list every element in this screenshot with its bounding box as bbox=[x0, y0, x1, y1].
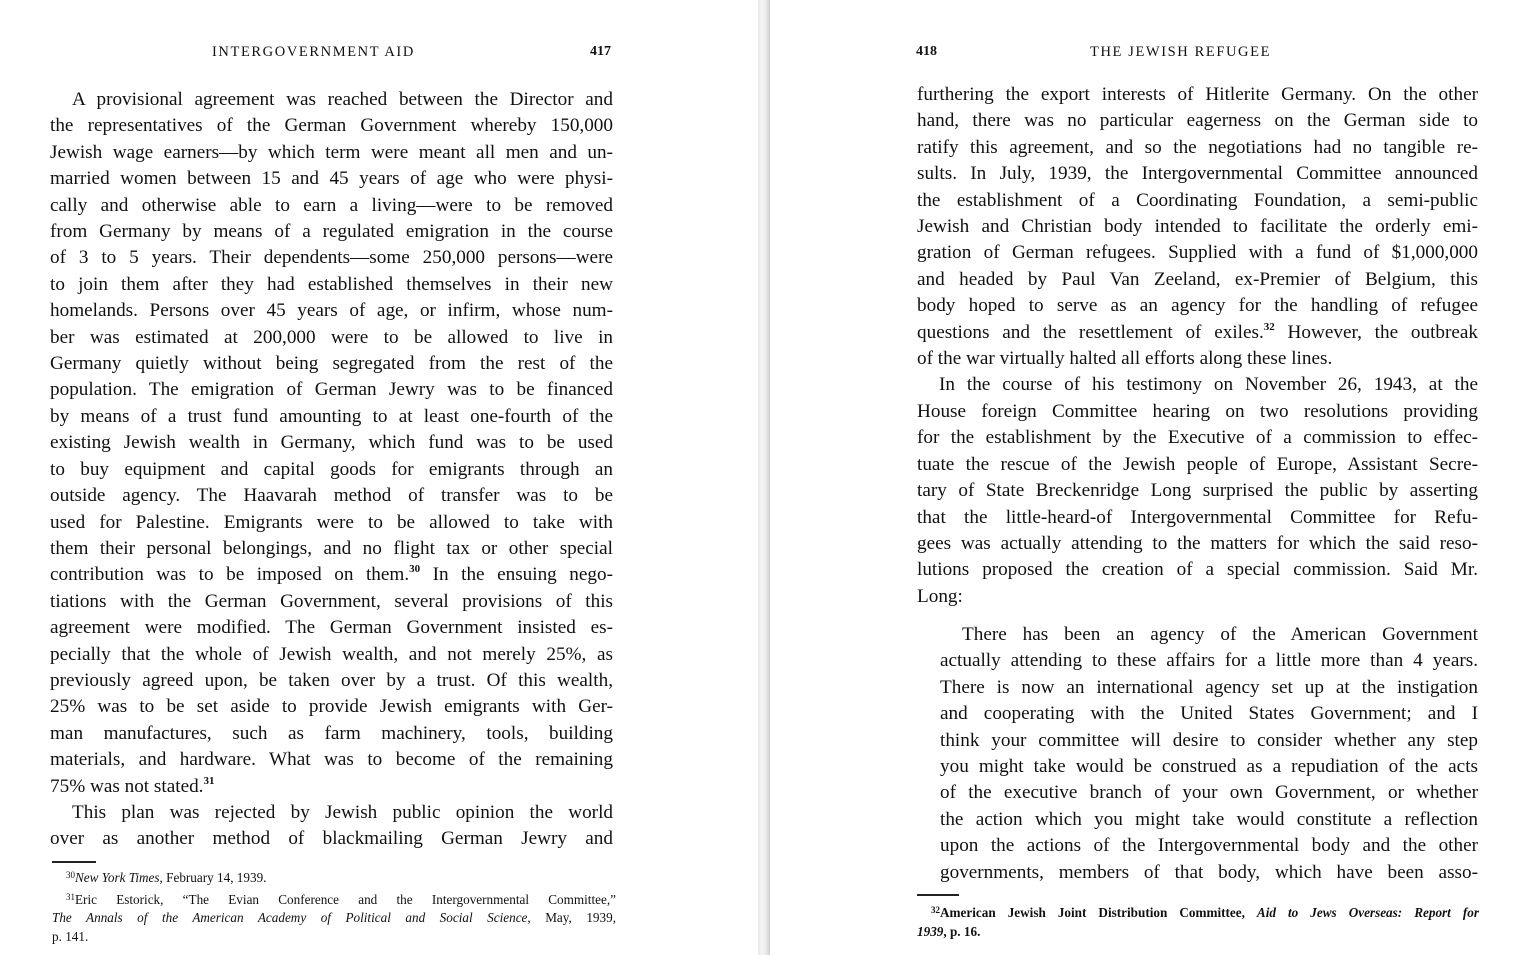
text-line: Jewish and Christian body intended to fa… bbox=[917, 214, 1478, 240]
running-head-title: INTERGOVERNMENT AID bbox=[212, 44, 415, 61]
text-line: used for Palestine. Emigrants were to be… bbox=[50, 510, 613, 536]
text-line: lutions proposed the creation of a speci… bbox=[917, 557, 1478, 583]
quote-line: There is now an international agency set… bbox=[940, 675, 1478, 701]
running-head-left: INTERGOVERNMENT AID 417 bbox=[0, 44, 758, 64]
text-line: ratify this agreement, and so the negoti… bbox=[917, 135, 1478, 161]
text-line: that the little-heard-of Intergovernment… bbox=[917, 505, 1478, 531]
quote-line: of the executive branch of your own Gove… bbox=[940, 780, 1478, 806]
footnote-number: 31 bbox=[66, 892, 75, 902]
text-line: Long: bbox=[917, 584, 1478, 610]
footnote-30: 30New York Times, February 14, 1939. bbox=[52, 866, 616, 888]
text-line: previously agreed upon, be taken over by… bbox=[50, 668, 613, 694]
footnote-rule bbox=[52, 861, 96, 863]
body-text-right: furthering the export interests of Hitle… bbox=[917, 82, 1478, 610]
footnotes-right: 32American Jewish Joint Distribution Com… bbox=[917, 901, 1479, 941]
footnote-text: , p. 16. bbox=[943, 924, 980, 939]
quote-line: think your committee will desire to cons… bbox=[940, 728, 1478, 754]
text-line-with-ref: questions and the resettlement of exiles… bbox=[917, 320, 1478, 346]
text-line: the establishment of a Coordinating Foun… bbox=[917, 188, 1478, 214]
text-line: In the course of his testimony on Novemb… bbox=[917, 372, 1478, 398]
footnote-text: Eric Estorick, “The Evian Conference and… bbox=[75, 892, 616, 907]
footnote-31-cont: The Annals of the American Academy of Po… bbox=[52, 909, 616, 928]
footnote-number: 32 bbox=[931, 905, 940, 915]
footnote-31-page: p. 141. bbox=[52, 928, 616, 947]
quote-line: the action which you might take would co… bbox=[940, 807, 1478, 833]
footnote-text: American Jewish Joint Distribution Commi… bbox=[940, 905, 1257, 920]
text-line: the representatives of the German Govern… bbox=[50, 113, 613, 139]
text-line: Jewish wage earners—by which term were m… bbox=[50, 140, 613, 166]
footnote-number: 30 bbox=[66, 870, 75, 880]
text-line: materials, and hardware. What was to bec… bbox=[50, 747, 613, 773]
page-417: INTERGOVERNMENT AID 417 A provisional ag… bbox=[0, 0, 758, 955]
footnote-32-cont: 1939, p. 16. bbox=[917, 923, 1479, 942]
footnote-text: , May, 1939, bbox=[527, 910, 616, 925]
text-line: for the establishment by the Executive o… bbox=[917, 425, 1478, 451]
text-line: furthering the export interests of Hitle… bbox=[917, 82, 1478, 108]
text-line: homelands. Persons over 45 years of age,… bbox=[50, 298, 613, 324]
running-head-right: 418 THE JEWISH REFUGEE bbox=[770, 44, 1518, 64]
footnote-ref-30[interactable]: 30 bbox=[409, 563, 420, 575]
text-line: outside agency. The Haavarah method of t… bbox=[50, 483, 613, 509]
footnote-ref-32[interactable]: 32 bbox=[1264, 321, 1275, 333]
text-fragment: However, the outbreak bbox=[1275, 322, 1478, 343]
text-line: and headed by Paul Van Zeeland, ex-Premi… bbox=[917, 267, 1478, 293]
text-line: hand, there was no particular eagerness … bbox=[917, 108, 1478, 134]
text-fragment: contribution was to be imposed on them. bbox=[50, 564, 409, 585]
footnote-source: 1939 bbox=[917, 924, 943, 939]
footnote-ref-31[interactable]: 31 bbox=[203, 775, 214, 787]
text-fragment: In the ensuing nego- bbox=[420, 564, 613, 585]
text-line: tary of State Breckenridge Long surprise… bbox=[917, 478, 1478, 504]
text-line: gees was actually attending to the matte… bbox=[917, 531, 1478, 557]
text-line: over as another method of blackmailing G… bbox=[50, 826, 613, 852]
text-line: pecially that the whole of Jewish wealth… bbox=[50, 642, 613, 668]
footnote-rule bbox=[917, 894, 959, 896]
running-head-title: THE JEWISH REFUGEE bbox=[1090, 44, 1271, 61]
text-line: population. The emigration of German Jew… bbox=[50, 377, 613, 403]
text-line: tiations with the German Government, sev… bbox=[50, 589, 613, 615]
quote-line: There has been an agency of the American… bbox=[940, 622, 1478, 648]
quote-line: and cooperating with the United States G… bbox=[940, 701, 1478, 727]
text-line: This plan was rejected by Jewish public … bbox=[50, 800, 613, 826]
text-line: gration of German refugees. Supplied wit… bbox=[917, 240, 1478, 266]
text-line: to buy equipment and capital goods for e… bbox=[50, 457, 613, 483]
page-418: 418 THE JEWISH REFUGEE furthering the ex… bbox=[770, 0, 1518, 955]
footnotes-left: 30New York Times, February 14, 1939. 31E… bbox=[52, 866, 616, 946]
quote-line: you might take would be construed as a r… bbox=[940, 754, 1478, 780]
text-line: by means of a trust fund amounting to at… bbox=[50, 404, 613, 430]
book-gutter bbox=[758, 0, 770, 955]
text-line: to join them after they had established … bbox=[50, 272, 613, 298]
page-number: 418 bbox=[916, 44, 937, 60]
text-line: married women between 15 and 45 years of… bbox=[50, 166, 613, 192]
text-line: ber was estimated at 200,000 were to be … bbox=[50, 325, 613, 351]
footnote-32: 32American Jewish Joint Distribution Com… bbox=[917, 901, 1479, 923]
text-fragment: questions and the resettlement of exiles… bbox=[917, 322, 1264, 343]
book-spread: INTERGOVERNMENT AID 417 A provisional ag… bbox=[0, 0, 1518, 955]
text-line: man manufactures, such as farm machinery… bbox=[50, 721, 613, 747]
text-line: A provisional agreement was reached betw… bbox=[50, 87, 613, 113]
text-line: sults. In July, 1939, the Intergovernmen… bbox=[917, 161, 1478, 187]
text-line: Germany quietly without being segregated… bbox=[50, 351, 613, 377]
text-line: of the war virtually halted all efforts … bbox=[917, 346, 1478, 372]
quote-line: governments, members of that body, which… bbox=[940, 860, 1478, 886]
text-line: tuate the rescue of the Jewish people of… bbox=[917, 452, 1478, 478]
text-line: them their personal belongings, and no f… bbox=[50, 536, 613, 562]
block-quote: There has been an agency of the American… bbox=[940, 622, 1478, 886]
text-line-with-ref: contribution was to be imposed on them.3… bbox=[50, 562, 613, 588]
quote-line: actually attending to these affairs for … bbox=[940, 648, 1478, 674]
text-fragment: 75% was not stated. bbox=[50, 776, 203, 797]
text-line-with-ref: 75% was not stated.31 bbox=[50, 774, 613, 800]
quote-line: upon the actions of the Intergovernmenta… bbox=[940, 833, 1478, 859]
footnote-source: New York Times bbox=[75, 870, 160, 885]
text-line: of 3 to 5 years. Their dependents—some 2… bbox=[50, 245, 613, 271]
body-text-left: A provisional agreement was reached betw… bbox=[50, 87, 613, 853]
text-line: from Germany by means of a regulated emi… bbox=[50, 219, 613, 245]
footnote-source: Aid to Jews Overseas: Report for bbox=[1257, 905, 1479, 920]
footnote-source: The Annals of the American Academy of Po… bbox=[52, 910, 527, 925]
text-line: House foreign Committee hearing on two r… bbox=[917, 399, 1478, 425]
text-line: body hoped to serve as an agency for the… bbox=[917, 293, 1478, 319]
text-line: existing Jewish wealth in Germany, which… bbox=[50, 430, 613, 456]
footnote-31: 31Eric Estorick, “The Evian Conference a… bbox=[52, 888, 616, 910]
text-line: agreement were modified. The German Gove… bbox=[50, 615, 613, 641]
footnote-text: , February 14, 1939. bbox=[160, 870, 267, 885]
text-line: 25% was to be set aside to provide Jewis… bbox=[50, 694, 613, 720]
page-number: 417 bbox=[590, 44, 611, 60]
text-line: cally and otherwise able to earn a livin… bbox=[50, 193, 613, 219]
